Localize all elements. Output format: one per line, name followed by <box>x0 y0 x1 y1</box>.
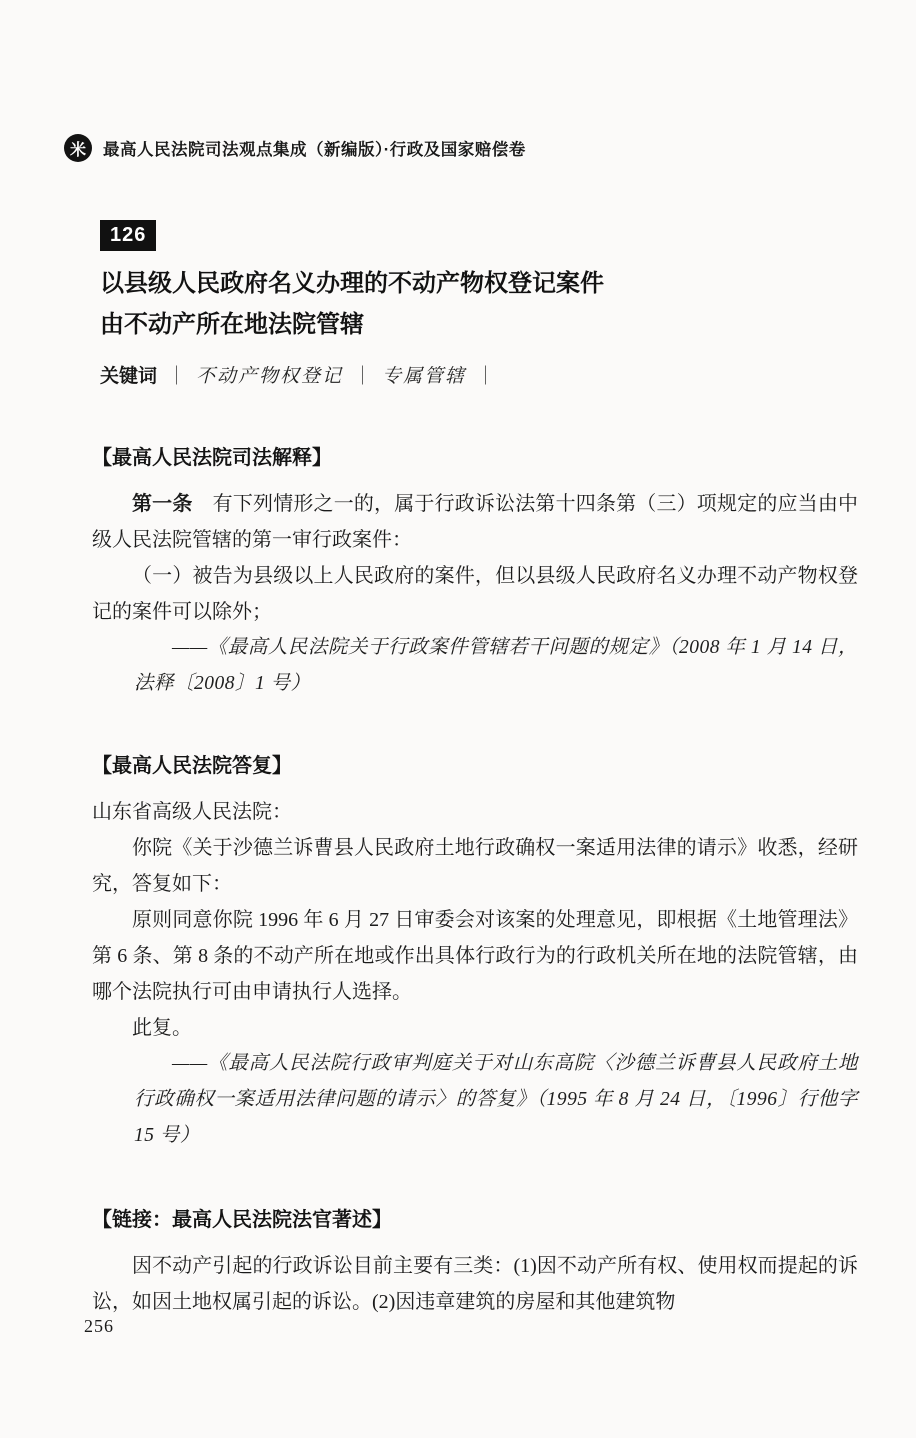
keywords-label: 关键词 <box>100 361 157 388</box>
source-citation: ——《最高人民法院关于行政案件管辖若干问题的规定》（2008 年 1 月 14 … <box>134 630 858 702</box>
body-paragraph: 第一条 有下列情形之一的，属于行政诉讼法第十四条第（三）项规定的应当由中级人民法… <box>92 486 858 558</box>
salutation-line: 山东省高级人民法院： <box>92 794 858 830</box>
keyword-item: 专属管辖 <box>382 361 466 388</box>
entry-number-badge: 126 <box>100 220 156 251</box>
keyword-separator: ｜ <box>476 361 495 388</box>
section-body: 因不动产引起的行政诉讼目前主要有三类：(1)因不动产所有权、使用权而提起的诉讼，… <box>92 1248 858 1320</box>
running-title: 最高人民法院司法观点集成（新编版）·行政及国家赔偿卷 <box>103 136 526 160</box>
article-title-line-1: 以县级人民政府名义办理的不动产物权登记案件 <box>100 270 604 297</box>
article-title: 以县级人民政府名义办理的不动产物权登记案件 由不动产所在地法院管辖 <box>100 263 858 345</box>
keyword-separator: ｜ <box>167 361 186 388</box>
body-paragraph: 你院《关于沙德兰诉曹县人民政府土地行政确权一案适用法律的请示》收悉，经研究，答复… <box>92 830 858 902</box>
section-body: 山东省高级人民法院： 你院《关于沙德兰诉曹县人民政府土地行政确权一案适用法律的请… <box>92 794 858 1154</box>
body-paragraph: 因不动产引起的行政诉讼目前主要有三类：(1)因不动产所有权、使用权而提起的诉讼，… <box>92 1248 858 1320</box>
page-content: 126 以县级人民政府名义办理的不动产物权登记案件 由不动产所在地法院管辖 关键… <box>92 220 858 1320</box>
publisher-logo-icon: 米 <box>64 134 92 162</box>
section-body: 第一条 有下列情形之一的，属于行政诉讼法第十四条第（三）项规定的应当由中级人民法… <box>92 486 858 702</box>
article-title-line-2: 由不动产所在地法院管辖 <box>100 311 364 338</box>
keyword-item: 不动产物权登记 <box>196 361 343 388</box>
section-heading: 【链接：最高人民法院法官著述】 <box>92 1206 858 1234</box>
section-judicial-interpretation: 【最高人民法院司法解释】 第一条 有下列情形之一的，属于行政诉讼法第十四条第（三… <box>92 444 858 702</box>
book-page: 米 最高人民法院司法观点集成（新编版）·行政及国家赔偿卷 126 以县级人民政府… <box>0 0 916 1438</box>
article-clause-lead: 第一条 <box>132 493 193 515</box>
keyword-separator: ｜ <box>353 361 372 388</box>
source-citation: ——《最高人民法院行政审判庭关于对山东高院〈沙德兰诉曹县人民政府土地行政确权一案… <box>134 1046 858 1154</box>
section-heading: 【最高人民法院答复】 <box>92 752 858 780</box>
running-head: 米 最高人民法院司法观点集成（新编版）·行政及国家赔偿卷 <box>64 134 526 162</box>
body-paragraph: 原则同意你院 1996 年 6 月 27 日审委会对该案的处理意见，即根据《土地… <box>92 902 858 1010</box>
page-number: 256 <box>84 1316 114 1337</box>
body-paragraph: 此复。 <box>92 1010 858 1046</box>
section-heading: 【最高人民法院司法解释】 <box>92 444 858 472</box>
keywords-row: 关键词 ｜ 不动产物权登记 ｜ 专属管辖 ｜ <box>100 361 858 388</box>
section-court-reply: 【最高人民法院答复】 山东省高级人民法院： 你院《关于沙德兰诉曹县人民政府土地行… <box>92 752 858 1154</box>
section-judge-writings-link: 【链接：最高人民法院法官著述】 因不动产引起的行政诉讼目前主要有三类：(1)因不… <box>92 1206 858 1320</box>
article-clause-text: 有下列情形之一的，属于行政诉讼法第十四条第（三）项规定的应当由中级人民法院管辖的… <box>92 493 858 551</box>
body-paragraph: （一）被告为县级以上人民政府的案件，但以县级人民政府名义办理不动产物权登记的案件… <box>92 558 858 630</box>
